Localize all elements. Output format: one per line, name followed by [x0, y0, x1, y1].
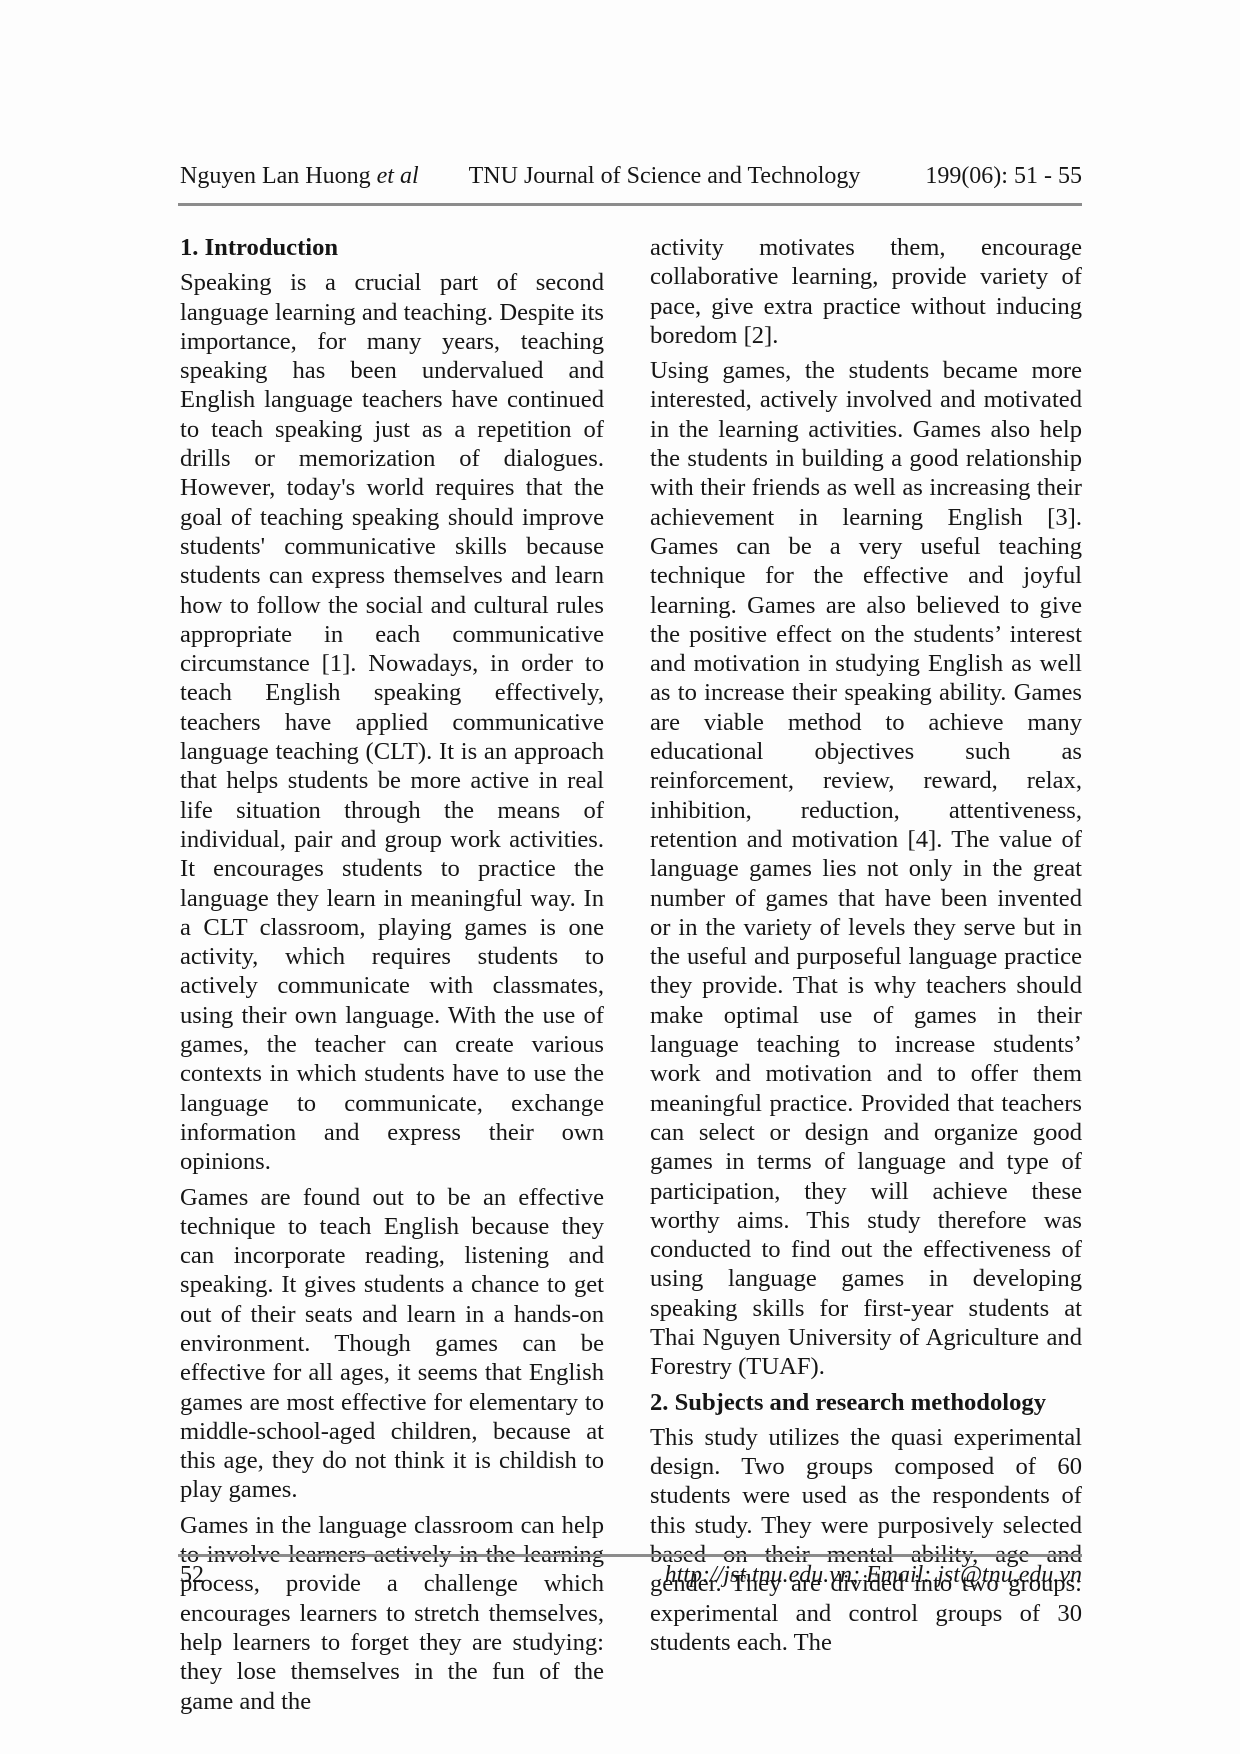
page-number: 52 — [180, 1561, 204, 1589]
paragraph: Speaking is a crucial part of second lan… — [180, 268, 604, 1176]
right-column: activity motivates them, encourage colla… — [650, 233, 1082, 1722]
section-2-heading: 2. Subjects and research methodology — [650, 1388, 1082, 1417]
footer-contact: http://jst.tnu.edu.vn; Email: jst@tnu.ed… — [665, 1561, 1082, 1589]
section-1-heading: 1. Introduction — [180, 233, 604, 262]
left-column: 1. Introduction Speaking is a crucial pa… — [180, 233, 604, 1722]
header-divider — [178, 203, 1082, 206]
author-etal: et al — [377, 163, 419, 189]
paragraph: Games are found out to be an effective t… — [180, 1183, 604, 1505]
footer-divider — [178, 1554, 1082, 1557]
journal-title: TNU Journal of Science and Technology — [469, 162, 794, 190]
article-body: 1. Introduction Speaking is a crucial pa… — [180, 233, 1082, 1722]
page-header: Nguyen Lan Huong et al TNU Journal of Sc… — [180, 162, 1082, 190]
paper-page: Nguyen Lan Huong et al TNU Journal of Sc… — [0, 0, 1240, 1754]
paragraph: activity motivates them, encourage colla… — [650, 233, 1082, 350]
paragraph: Games in the language classroom can help… — [180, 1511, 604, 1716]
author-name: Nguyen Lan Huong — [180, 163, 377, 189]
issue-pages: 199(06): 51 - 55 — [793, 162, 1082, 190]
paragraph: Using games, the students became more in… — [650, 356, 1082, 1381]
paragraph: This study utilizes the quasi experiment… — [650, 1423, 1082, 1657]
page-footer: 52 http://jst.tnu.edu.vn; Email: jst@tnu… — [180, 1561, 1082, 1589]
header-author: Nguyen Lan Huong et al — [180, 162, 469, 190]
